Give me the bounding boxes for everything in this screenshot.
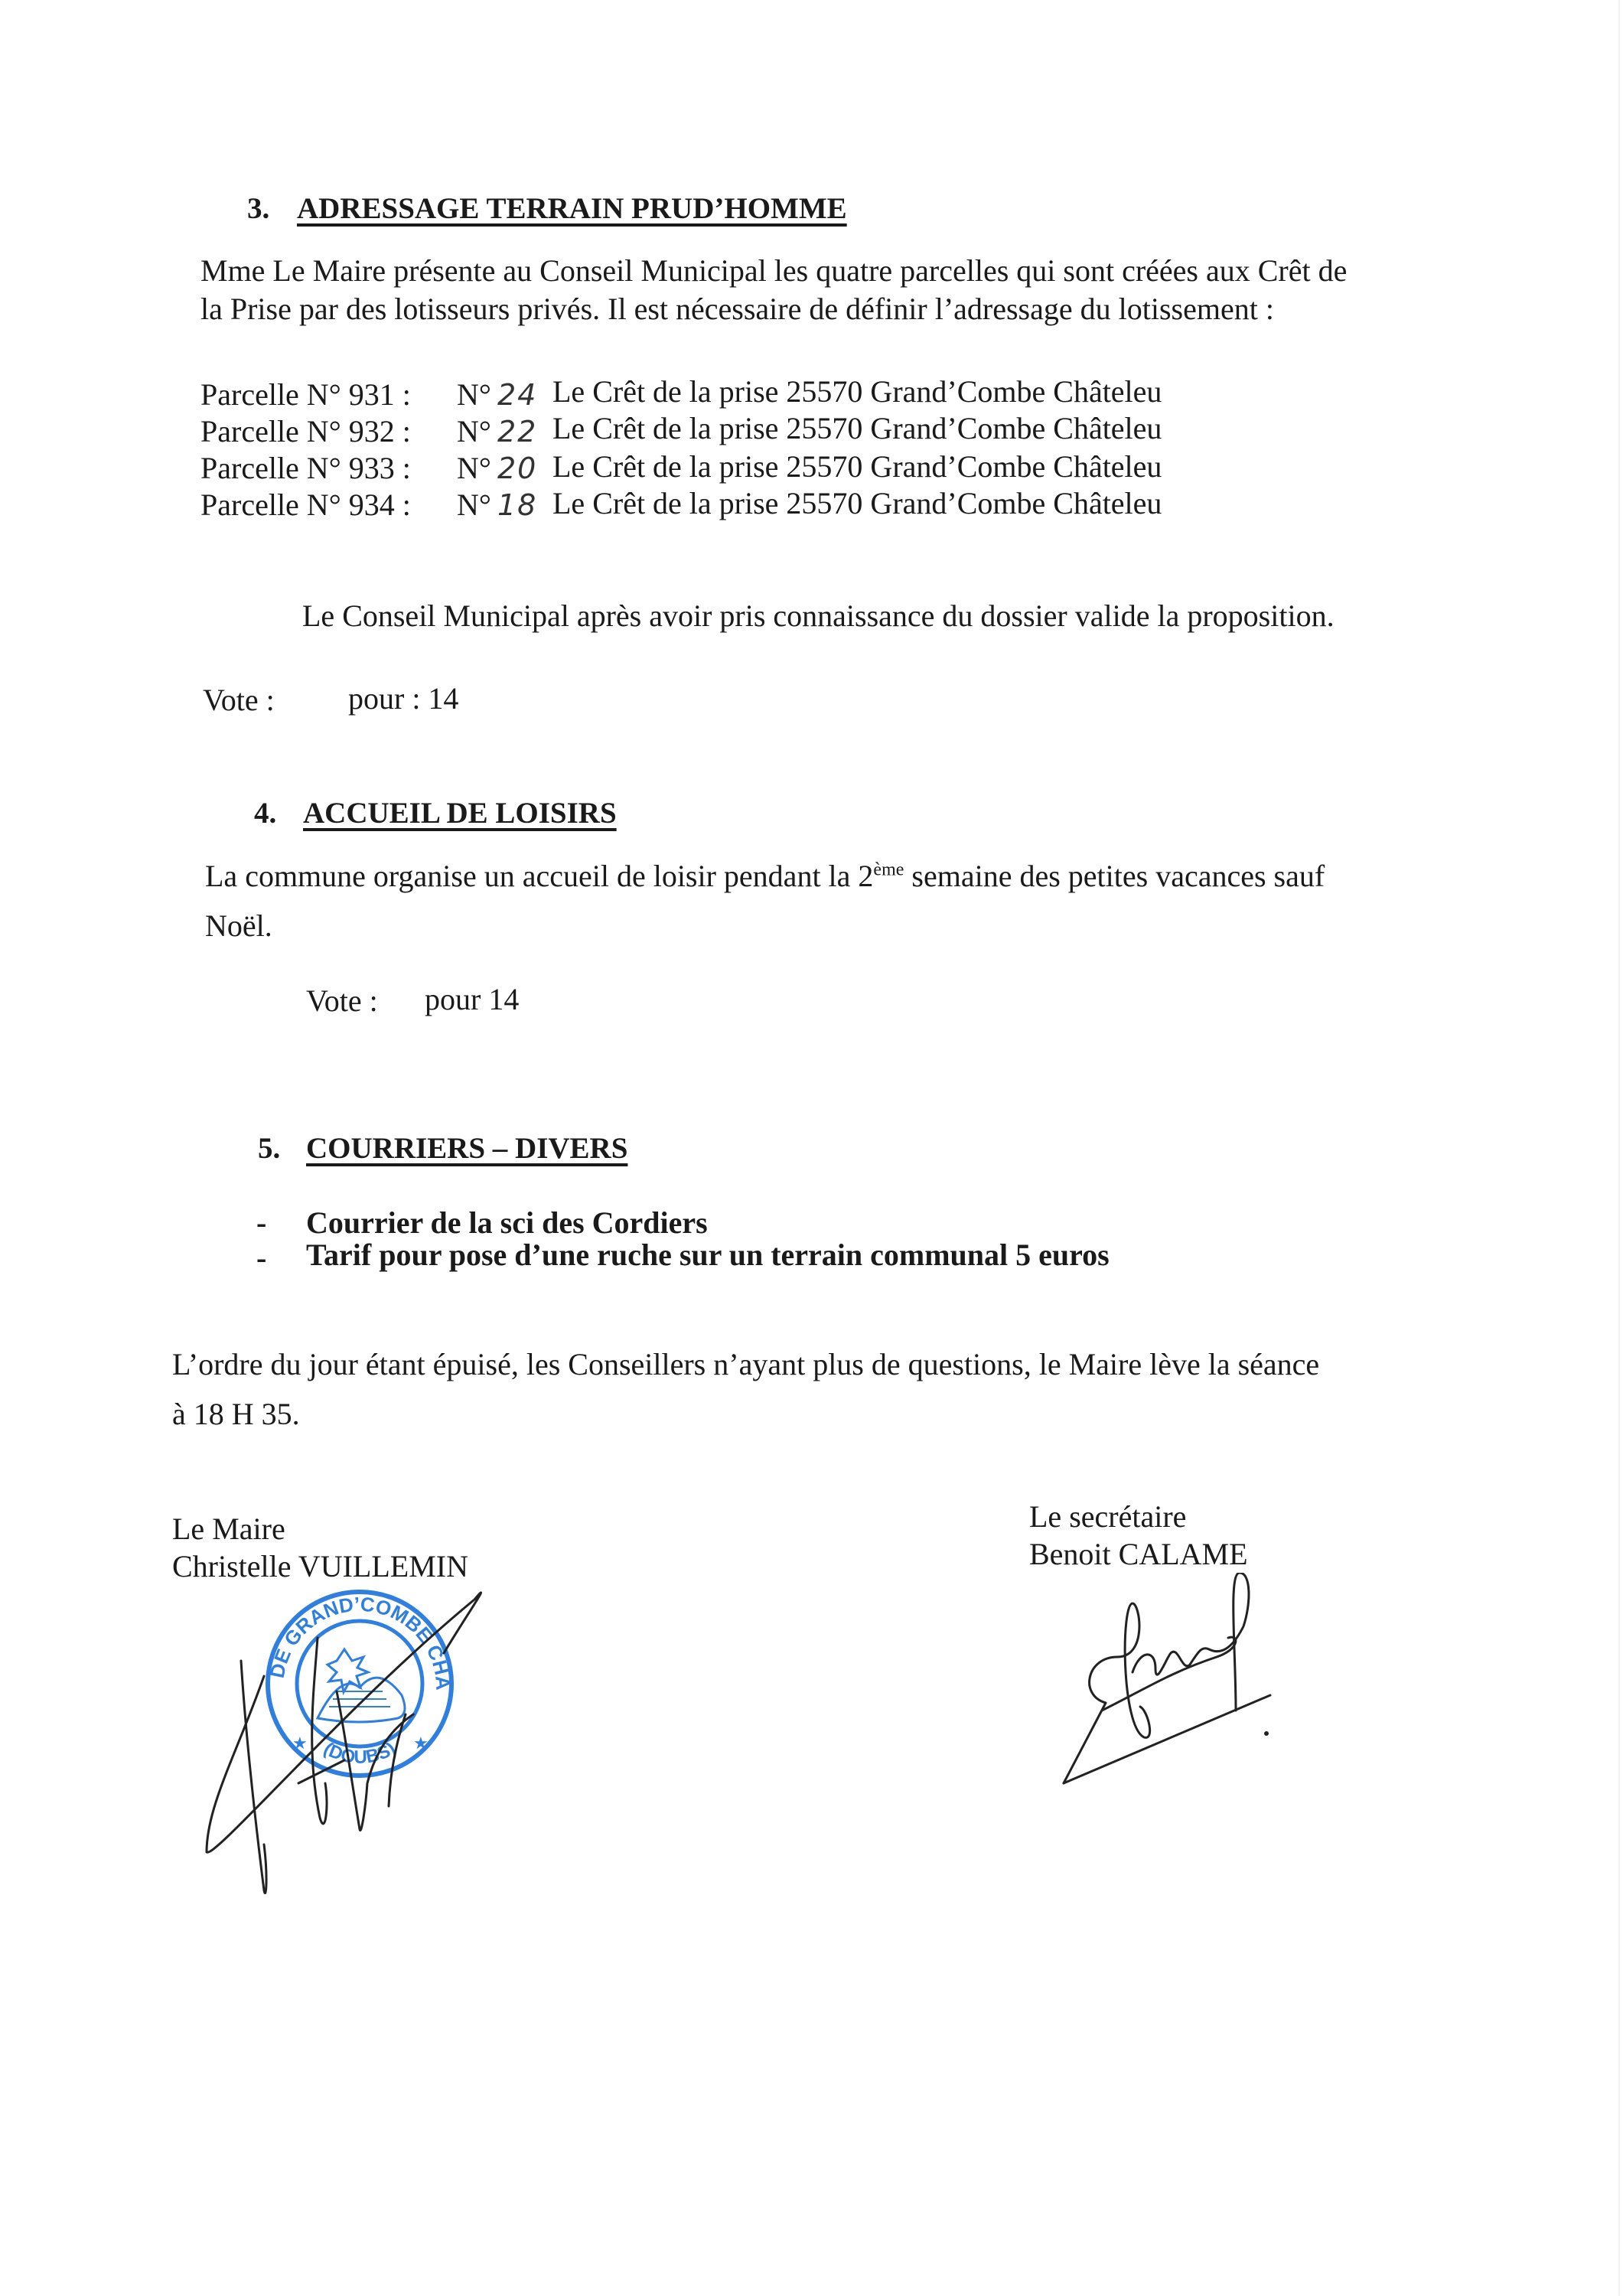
section-number: 3. — [247, 191, 269, 226]
parcel-label: Parcelle N° 933 : — [200, 453, 411, 484]
parcel-number-prefix: N° — [457, 416, 491, 447]
scan-edge — [1618, 0, 1620, 2296]
parcel-address: Le Crêt de la prise 25570 Grand’Combe Ch… — [552, 377, 1162, 407]
secretary-role: Le secrétaire — [1029, 1502, 1186, 1532]
list-item: Courrier de la sci des Cordiers — [306, 1208, 708, 1238]
section-4-paragraph-line-2: Noël. — [205, 911, 272, 941]
secretary-name: Benoit CALAME — [1029, 1539, 1248, 1570]
section-number: 4. — [254, 796, 276, 830]
mayor-role: Le Maire — [172, 1514, 285, 1544]
section-title: ADRESSAGE TERRAIN PRUD’HOMME — [297, 191, 847, 226]
section-number: 5. — [258, 1131, 280, 1166]
parcel-label: Parcelle N° 932 : — [200, 416, 411, 447]
parcel-label: Parcelle N° 934 : — [200, 490, 411, 520]
paragraph-text: La commune organise un accueil de loisir… — [205, 859, 873, 893]
parcel-number-prefix: N° — [457, 453, 491, 484]
section-title: COURRIERS – DIVERS — [306, 1131, 627, 1166]
closing-line-1: L’ordre du jour étant épuisé, les Consei… — [172, 1349, 1319, 1380]
parcel-handwritten-number: 20 — [497, 452, 537, 485]
vote-result: pour 14 — [425, 984, 519, 1015]
closing-line-2: à 18 H 35. — [172, 1399, 300, 1430]
superscript: ème — [873, 860, 904, 880]
parcel-handwritten-number: 22 — [497, 415, 537, 448]
bullet: - — [256, 1243, 266, 1274]
parcel-address: Le Crêt de la prise 25570 Grand’Combe Ch… — [552, 413, 1162, 444]
section-4-paragraph-line-1: La commune organise un accueil de loisir… — [205, 861, 1325, 892]
parcel-number-prefix: N° — [457, 490, 491, 520]
bullet: - — [256, 1208, 266, 1238]
section-title: ACCUEIL DE LOISIRS — [303, 796, 617, 830]
council-decision: Le Conseil Municipal après avoir pris co… — [302, 601, 1335, 631]
vote-result: pour : 14 — [348, 683, 458, 714]
parcel-number-prefix: N° — [457, 380, 491, 410]
vote-label: Vote : — [203, 685, 275, 716]
parcel-address: Le Crêt de la prise 25570 Grand’Combe Ch… — [552, 488, 1162, 519]
parcel-address: Le Crêt de la prise 25570 Grand’Combe Ch… — [552, 452, 1162, 482]
list-item: Tarif pour pose d’une ruche sur un terra… — [306, 1240, 1110, 1270]
vote-label: Vote : — [306, 986, 378, 1016]
secretary-signature-icon — [1056, 1573, 1331, 1795]
mayor-signature-icon — [191, 1554, 536, 1913]
parcel-handwritten-number: 18 — [497, 488, 537, 522]
paragraph-text: semaine des petites vacances sauf — [904, 859, 1325, 893]
section-3-paragraph-line-2: la Prise par des lotisseurs privés. Il e… — [200, 294, 1274, 325]
section-3-paragraph-line-1: Mme Le Maire présente au Conseil Municip… — [200, 256, 1347, 286]
parcel-handwritten-number: 24 — [497, 378, 537, 412]
parcel-label: Parcelle N° 931 : — [200, 380, 411, 410]
